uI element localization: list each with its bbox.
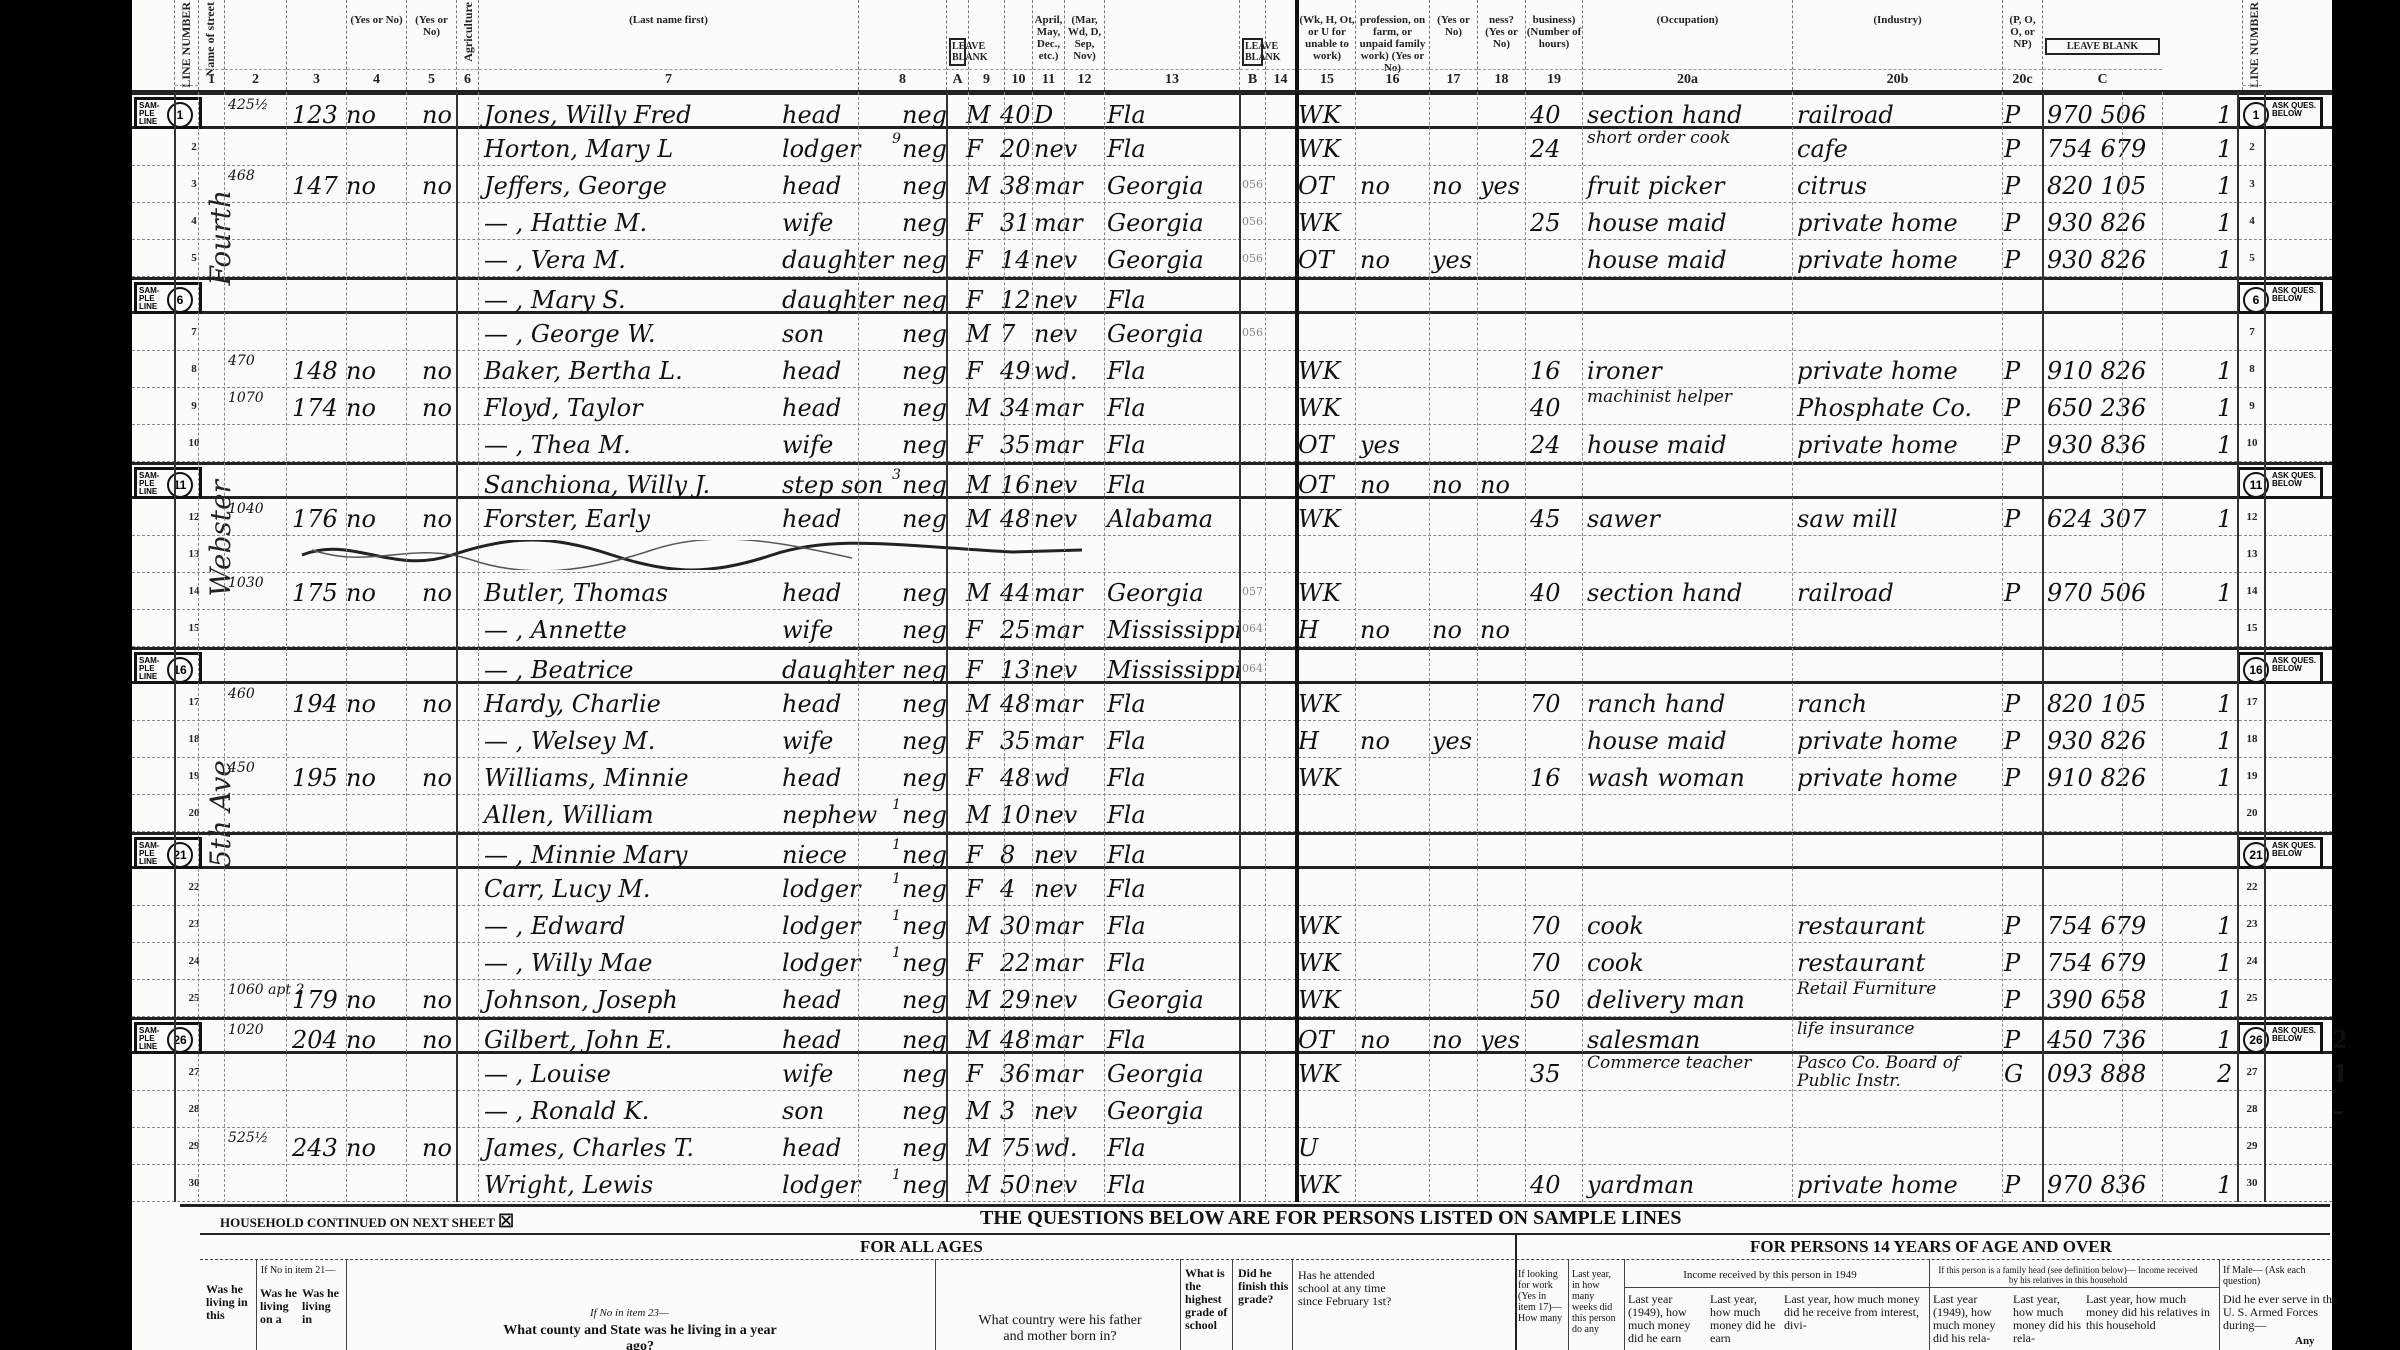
cell-occupation: short order cook xyxy=(1587,129,1787,166)
header-col-number: 20a xyxy=(1583,69,1792,88)
q-attended-school: Has he attended school at any time since… xyxy=(1298,1269,1408,1308)
header-col-10: 10 xyxy=(1004,0,1032,90)
cell-race: neg xyxy=(902,166,947,203)
cell-class: P xyxy=(2004,95,2020,132)
cell-house: 204 xyxy=(292,1020,338,1057)
cell-occupation: delivery man xyxy=(1587,980,1745,1017)
line-number-right: 17 xyxy=(2242,684,2262,721)
cell-name: Williams, Minnie xyxy=(484,758,689,795)
cell-race: neg xyxy=(902,610,947,647)
cell-hours: 40 xyxy=(1530,573,1561,610)
cell-c15: WK xyxy=(1298,684,1341,721)
cell-birthplace: Fla xyxy=(1107,351,1146,388)
line-number: 10 xyxy=(184,425,204,462)
cell-relation: lodger xyxy=(782,906,861,943)
sample-line-badge: SAM-PLE LINE6 xyxy=(134,282,202,314)
cell-marital: nev xyxy=(1034,980,1077,1017)
q-earn-1949: Last year (1949), how much money did he … xyxy=(1628,1293,1706,1345)
cell-class: P xyxy=(2004,980,2020,1017)
cell-class: P xyxy=(2004,129,2020,166)
cell-dwelling: 470 xyxy=(228,353,255,390)
cell-marital: mar xyxy=(1034,721,1083,758)
header-sublabel: ness? (Yes or No) xyxy=(1478,14,1525,50)
cell-industry: private home xyxy=(1797,203,1958,240)
questions-title: THE QUESTIONS BELOW ARE FOR PERSONS LIST… xyxy=(980,1207,1681,1230)
cell-blank-c: 093 888 xyxy=(2047,1054,2146,1091)
sample-line-badge: SAM-PLE LINE21 xyxy=(134,837,202,869)
ask-questions-text: ASK QUES. BELOW xyxy=(2272,472,2320,488)
grid-line xyxy=(1429,92,1430,1202)
cell-name: Allen, William xyxy=(484,795,654,832)
cell-race: neg xyxy=(902,1165,947,1202)
cell-marital: mar xyxy=(1034,573,1083,610)
header-sublabel: (Last name first) xyxy=(479,14,858,26)
cell-race: neg xyxy=(902,388,947,425)
cell-marital: mar xyxy=(1034,388,1083,425)
cell-hours: 70 xyxy=(1530,906,1561,943)
ask-questions-badge: 11ASK QUES. BELOW xyxy=(2237,467,2323,499)
line-number: 23 xyxy=(184,906,204,943)
cell-industry: cafe xyxy=(1797,129,1848,166)
cell-relation: lodger xyxy=(782,943,861,980)
cell-marital: D xyxy=(1034,95,1053,132)
cell-marital: nev xyxy=(1034,240,1077,277)
cell-house: 195 xyxy=(292,758,338,795)
line-number-right: 20 xyxy=(2242,795,2262,832)
cell-industry: private home xyxy=(1797,1165,1958,1202)
cell-birthplace: Georgia xyxy=(1107,573,1204,610)
cell-c15: H xyxy=(1298,721,1319,758)
household-continued-checkbox[interactable]: ☒ xyxy=(498,1211,514,1231)
cell-class: P xyxy=(2004,721,2020,758)
leave-blank-label: LEAVE BLANK xyxy=(949,38,966,66)
cell-relation: nephew xyxy=(782,795,877,832)
line-number: 14 xyxy=(184,573,204,610)
header-col-number: 18 xyxy=(1478,69,1525,88)
cell-c15: WK xyxy=(1298,351,1341,388)
line-number: 25 xyxy=(184,980,204,1017)
line-number: 4 xyxy=(184,203,204,240)
q-relatives-earn: Last year, how much money did his rela- xyxy=(2013,1293,2083,1345)
q-relatives-other: Last year, how much money did his relati… xyxy=(2086,1293,2216,1332)
cell-birthplace: Fla xyxy=(1107,465,1146,502)
cell-name: — , Willy Mae xyxy=(484,943,652,980)
cell-relation: lodger xyxy=(782,129,861,166)
cell-marital: mar xyxy=(1034,906,1083,943)
header-col-8: 8 xyxy=(858,0,946,90)
cell-birthplace: Georgia xyxy=(1107,314,1204,351)
q-county-state: What county and State was he living in a… xyxy=(500,1323,780,1350)
cell-race: neg xyxy=(902,721,947,758)
cell-birthplace: Fla xyxy=(1107,1165,1146,1202)
cell-marital: mar xyxy=(1034,943,1083,980)
header-sublabel: (Occupation) xyxy=(1583,14,1792,26)
header-col-5: (Yes or No)5 xyxy=(406,0,456,90)
q-any-war: Any xyxy=(2295,1335,2315,1347)
cell-mark: 1 xyxy=(892,871,901,908)
cell-race: neg xyxy=(902,795,947,832)
cell-birthplace: Georgia xyxy=(1107,240,1204,277)
cell-c-end: 1 xyxy=(2217,980,2232,1017)
line-number-right: 5 xyxy=(2242,240,2262,277)
cell-race: neg xyxy=(902,425,947,462)
cell-c4: no xyxy=(346,499,376,536)
cell-code: 057 xyxy=(1242,573,1263,610)
header-col-number: 20c xyxy=(2003,69,2042,88)
line-number: 15 xyxy=(184,610,204,647)
cell-industry: citrus xyxy=(1797,166,1867,203)
cell-code: 056 xyxy=(1242,203,1263,240)
header-sublabel: (Industry) xyxy=(1793,14,2002,26)
cell-blank-c: 650 236 xyxy=(2047,388,2146,425)
cell-race: neg xyxy=(902,314,947,351)
cell-c16: no xyxy=(1360,1020,1390,1057)
header-col-17: (Yes or No)17 xyxy=(1429,0,1477,90)
cell-birthplace: Fla xyxy=(1107,1020,1146,1057)
cell-class: P xyxy=(2004,943,2020,980)
cell-c-end: 1 xyxy=(2217,721,2232,758)
cell-c15: WK xyxy=(1298,980,1341,1017)
cell-occupation: wash woman xyxy=(1587,758,1745,795)
cell-name: James, Charles T. xyxy=(484,1128,694,1165)
cell-name: — , Louise xyxy=(484,1054,611,1091)
header-col-16: profession, on farm, or unpaid family wo… xyxy=(1355,0,1429,90)
grid-line xyxy=(2042,92,2044,1202)
header-col-number: 7 xyxy=(479,69,858,88)
line-number-right: 18 xyxy=(2242,721,2262,758)
cell-blank-c: 930 826 xyxy=(2047,240,2146,277)
cell-marital: nev xyxy=(1034,835,1077,872)
cell-c5: no xyxy=(422,166,452,203)
cell-class: P xyxy=(2004,1020,2020,1057)
cell-c4: no xyxy=(346,1128,376,1165)
cell-relation: head xyxy=(782,499,841,536)
header-sublabel: (Yes or No) xyxy=(347,14,406,26)
cell-c-end: 1 xyxy=(2217,906,2232,943)
cell-race: neg xyxy=(902,203,947,240)
cell-c15: WK xyxy=(1298,1054,1341,1091)
cell-occupation: cook xyxy=(1587,906,1644,943)
cell-industry: private home xyxy=(1797,758,1958,795)
cell-class: P xyxy=(2004,1165,2020,1202)
cell-marital: mar xyxy=(1034,1054,1083,1091)
cell-relation: head xyxy=(782,351,841,388)
cell-name: Sanchiona, Willy J. xyxy=(484,465,710,502)
income-family-heading: If this person is a family head (see def… xyxy=(1933,1265,2203,1285)
cell-c-end: 1 xyxy=(2217,351,2232,388)
cell-c-end: 1 xyxy=(2217,758,2232,795)
line-number: 29 xyxy=(184,1128,204,1165)
cell-race: neg xyxy=(902,906,947,943)
cell-c15: WK xyxy=(1298,95,1341,132)
cell-code: 064 xyxy=(1242,610,1263,647)
cell-name: Forster, Early xyxy=(484,499,650,536)
ask-questions-badge: 6ASK QUES. BELOW xyxy=(2237,282,2323,314)
cell-c5: no xyxy=(422,573,452,610)
cell-occupation: ranch hand xyxy=(1587,684,1725,721)
cell-race: neg xyxy=(902,869,947,906)
cell-birthplace: Georgia xyxy=(1107,980,1204,1017)
cell-code: 056 xyxy=(1242,240,1263,277)
census-sheet: LINE NUMBERName of street123(Yes or No)4… xyxy=(132,0,2332,1350)
cell-c4: no xyxy=(346,351,376,388)
cell-birthplace: Fla xyxy=(1107,869,1146,906)
line-number-right: 22 xyxy=(2242,869,2262,906)
cell-occupation: sawer xyxy=(1587,499,1660,536)
cell-relation: head xyxy=(782,95,841,132)
header-col-number: C xyxy=(2043,69,2162,88)
cell-birthplace: Georgia xyxy=(1107,1091,1204,1128)
cell-sex: M xyxy=(966,95,991,132)
cell-industry: private home xyxy=(1797,425,1958,462)
cell-occupation: house maid xyxy=(1587,425,1727,462)
ask-questions-text: ASK QUES. BELOW xyxy=(2272,1027,2320,1043)
header-col-number: A xyxy=(947,69,968,88)
cell-race: neg xyxy=(902,835,947,872)
cell-name: — , Thea M. xyxy=(484,425,631,462)
margin-note: – xyxy=(2332,1091,2344,1128)
cell-race: neg xyxy=(902,758,947,795)
cell-house: 174 xyxy=(292,388,338,425)
header-col-15: (Wk, H, Ot, or U for unable to work)15 xyxy=(1295,0,1355,90)
if-no-23-label: If No in item 23— xyxy=(590,1307,669,1319)
q-relatives-1949: Last year (1949), how much money did his… xyxy=(1933,1293,2009,1345)
line-number: 7 xyxy=(184,314,204,351)
cell-marital: wd. xyxy=(1034,1128,1078,1165)
cell-race: neg xyxy=(902,980,947,1017)
cell-industry: private home xyxy=(1797,721,1958,758)
sample-line-badge: SAM-PLE LINE11 xyxy=(134,467,202,499)
header-col-number: 1 xyxy=(199,69,224,88)
sample-line-text: SAM-PLE LINE xyxy=(139,102,161,126)
cell-c-end: 1 xyxy=(2217,388,2232,425)
cell-name: Hardy, Charlie xyxy=(484,684,661,721)
sample-line-badge: SAM-PLE LINE26 xyxy=(134,1022,202,1054)
cell-c15: OT xyxy=(1298,240,1334,277)
line-number-right: 7 xyxy=(2242,314,2262,351)
cell-blank-c: 624 307 xyxy=(2047,499,2146,536)
street-name-webster: Webster xyxy=(204,480,237,597)
cell-marital: mar xyxy=(1034,684,1083,721)
line-number: 24 xyxy=(184,943,204,980)
q-weeks-worked: Last year, in how many weeks did this pe… xyxy=(1572,1269,1620,1335)
cell-marital: nev xyxy=(1034,869,1077,906)
header-col-number: 17 xyxy=(1430,69,1477,88)
cell-c-end: 1 xyxy=(2217,499,2232,536)
cell-hours: 35 xyxy=(1530,1054,1561,1091)
cell-relation: wife xyxy=(782,721,833,758)
ask-questions-badge: 26ASK QUES. BELOW xyxy=(2237,1022,2323,1054)
cell-house: 243 xyxy=(292,1128,338,1165)
cell-name: Gilbert, John E. xyxy=(484,1020,672,1057)
header-col-number: 10 xyxy=(1005,69,1032,88)
ask-questions-text: ASK QUES. BELOW xyxy=(2272,102,2320,118)
ask-questions-badge: 16ASK QUES. BELOW xyxy=(2237,652,2323,684)
cell-marital: nev xyxy=(1034,1165,1077,1202)
cell-name: — , Hattie M. xyxy=(484,203,647,240)
header-col-number: 6 xyxy=(457,69,478,88)
cell-c5: no xyxy=(422,95,452,132)
line-number: 2 xyxy=(184,129,204,166)
cell-c-end: 1 xyxy=(2217,203,2232,240)
cell-class: P xyxy=(2004,166,2020,203)
line-number-right: 19 xyxy=(2242,758,2262,795)
header-col-19: business) (Number of hours)19 xyxy=(1525,0,1582,90)
cell-class: P xyxy=(2004,203,2020,240)
ask-questions-badge: 1ASK QUES. BELOW xyxy=(2237,97,2323,129)
cell-industry: life insurance xyxy=(1797,1020,1997,1057)
header-col-B: LEAVE BLANKB xyxy=(1239,0,1265,90)
for-all-ages-heading: FOR ALL AGES xyxy=(860,1237,983,1257)
sample-line-number: 6 xyxy=(167,287,193,313)
cell-sex: M xyxy=(966,795,991,832)
cell-marital: wd. xyxy=(1034,351,1078,388)
cell-race: neg xyxy=(902,573,947,610)
cell-name: — , Beatrice xyxy=(484,650,633,687)
cell-industry: railroad xyxy=(1797,95,1894,132)
cell-marital: nev xyxy=(1034,465,1077,502)
cell-house: 175 xyxy=(292,573,338,610)
line-number-right: 30 xyxy=(2242,1165,2262,1202)
q-living-on-farm: Was he living on a xyxy=(260,1287,300,1326)
income-person-heading: Income received by this person in 1949 xyxy=(1650,1269,1890,1281)
line-number: 30 xyxy=(184,1165,204,1202)
header-col-number: 5 xyxy=(407,69,456,88)
cell-hours: 40 xyxy=(1530,1165,1561,1202)
cell-c18: yes xyxy=(1480,1020,1520,1057)
cell-name: Jeffers, George xyxy=(484,166,667,203)
line-number-right: 28 xyxy=(2242,1091,2262,1128)
grid-line xyxy=(2162,92,2163,1202)
cell-age: 3 xyxy=(1000,1091,1015,1128)
cell-sex: M xyxy=(966,980,991,1017)
q-living-in: Was he living in xyxy=(302,1287,342,1326)
header-col-7: (Last name first)7 xyxy=(478,0,858,90)
cell-sex: M xyxy=(966,166,991,203)
header-col-20c: (P, O, O, or NP)20c xyxy=(2002,0,2042,90)
grid-line xyxy=(1004,92,1005,1202)
cell-birthplace: Georgia xyxy=(1107,166,1204,203)
cell-name: — , Welsey M. xyxy=(484,721,655,758)
line-number: 9 xyxy=(184,388,204,425)
header-col-A: LEAVE BLANKA xyxy=(946,0,968,90)
cell-relation: wife xyxy=(782,425,833,462)
header-col-line-number: LINE NUMBER xyxy=(2242,0,2262,90)
cell-marital: mar xyxy=(1034,203,1083,240)
q-parents-country: What country were his father and mother … xyxy=(970,1313,1150,1345)
cell-industry: railroad xyxy=(1797,573,1894,610)
header-col-number: 12 xyxy=(1065,69,1104,88)
grid-line xyxy=(1525,92,1526,1202)
cell-birthplace: Fla xyxy=(1107,425,1146,462)
cell-house: 179 xyxy=(292,980,338,1017)
cell-c15: WK xyxy=(1298,129,1341,166)
sample-line-badge: SAM-PLE LINE1 xyxy=(134,97,202,129)
cell-c16: no xyxy=(1360,721,1390,758)
cell-birthplace: Fla xyxy=(1107,906,1146,943)
cell-class: P xyxy=(2004,425,2020,462)
cell-relation: daughter xyxy=(782,240,893,277)
cell-name: — , Minnie Mary xyxy=(484,835,687,872)
cell-name: Horton, Mary L xyxy=(484,129,673,166)
cell-c-end: 1 xyxy=(2217,943,2232,980)
line-number: 8 xyxy=(184,351,204,388)
cell-birthplace: Fla xyxy=(1107,835,1146,872)
cell-birthplace: Fla xyxy=(1107,684,1146,721)
grid-line xyxy=(198,92,199,1202)
cell-race: neg xyxy=(902,465,947,502)
cell-race: neg xyxy=(902,499,947,536)
cell-c5: no xyxy=(422,980,452,1017)
cell-birthplace: Georgia xyxy=(1107,1054,1204,1091)
line-number-right: 12 xyxy=(2242,499,2262,536)
grid-line xyxy=(858,92,859,1202)
cell-c17: yes xyxy=(1432,240,1472,277)
header-col-number: 16 xyxy=(1356,69,1429,88)
cell-relation: daughter xyxy=(782,280,893,317)
cell-industry: ranch xyxy=(1797,684,1867,721)
header-col-4: (Yes or No)4 xyxy=(346,0,406,90)
line-number: 17 xyxy=(184,684,204,721)
cell-race: neg xyxy=(902,1054,947,1091)
cell-c-end: 1 xyxy=(2217,1020,2232,1057)
grid-line xyxy=(406,92,407,1202)
header-sublabel: (Wk, H, Ot, or U for unable to work) xyxy=(1299,14,1355,62)
cell-c-end: 1 xyxy=(2217,129,2232,166)
grid-line xyxy=(286,92,287,1202)
cell-relation: head xyxy=(782,1020,841,1057)
cell-marital: mar xyxy=(1034,425,1083,462)
cell-c4: no xyxy=(346,166,376,203)
cell-relation: wife xyxy=(782,203,833,240)
cell-c18: yes xyxy=(1480,166,1520,203)
cell-blank-c: 754 679 xyxy=(2047,906,2146,943)
cell-marital: mar xyxy=(1034,1020,1083,1057)
cell-dwelling: 460 xyxy=(228,686,255,723)
cell-blank-c: 930 826 xyxy=(2047,721,2146,758)
household-continued-label: HOUSEHOLD CONTINUED ON NEXT SHEET xyxy=(220,1215,495,1230)
cell-c4: no xyxy=(346,573,376,610)
cell-occupation: section hand xyxy=(1587,95,1742,132)
line-number: 3 xyxy=(184,166,204,203)
header-col-number xyxy=(2243,85,2262,88)
header-col-20b: (Industry)20b xyxy=(1792,0,2002,90)
header-col-number: 2 xyxy=(225,69,286,88)
cell-class: P xyxy=(2004,758,2020,795)
cell-sex: M xyxy=(966,684,991,721)
cell-c15: WK xyxy=(1298,203,1341,240)
cell-race: neg xyxy=(902,351,947,388)
cell-birthplace: Fla xyxy=(1107,95,1146,132)
cell-c17: no xyxy=(1432,1020,1462,1057)
cell-relation: wife xyxy=(782,610,833,647)
sample-line-number: 11 xyxy=(167,472,193,498)
header-vertical-label: LINE NUMBER xyxy=(179,2,194,88)
cell-name: Carr, Lucy M. xyxy=(484,869,650,906)
line-number-right: 3 xyxy=(2242,166,2262,203)
cell-house: 147 xyxy=(292,166,338,203)
cell-birthplace: Fla xyxy=(1107,1128,1146,1165)
cell-blank-c: 450 736 xyxy=(2047,1020,2146,1057)
cell-c16: no xyxy=(1360,166,1390,203)
cell-hours: 70 xyxy=(1530,684,1561,721)
cell-c4: no xyxy=(346,95,376,132)
cell-c5: no xyxy=(422,1020,452,1057)
grid-line xyxy=(1064,92,1065,1202)
cell-code: 056 xyxy=(1242,166,1263,203)
cell-industry: private home xyxy=(1797,351,1958,388)
cell-c-end: 1 xyxy=(2217,166,2232,203)
